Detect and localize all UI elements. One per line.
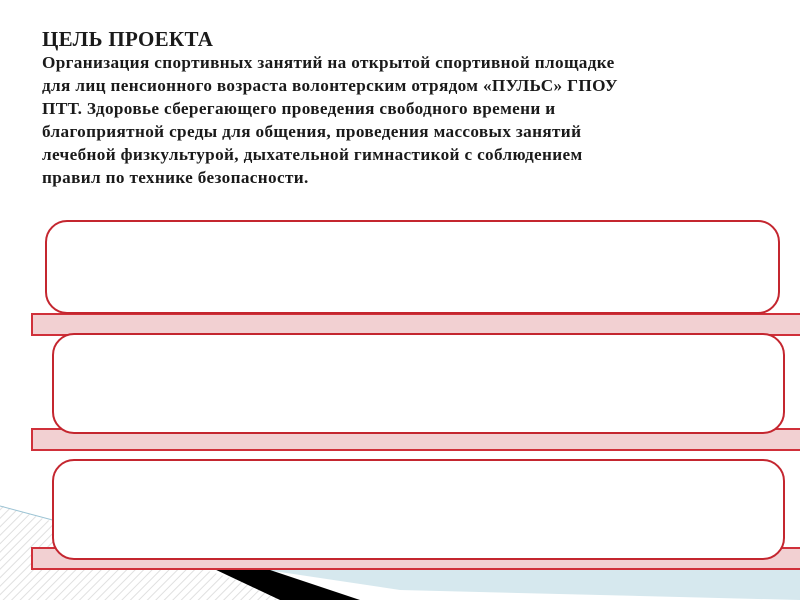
- project-goal-block: ЦЕЛЬ ПРОЕКТА Организация спортивных заня…: [42, 27, 782, 189]
- list-box-3: [52, 459, 785, 560]
- goal-line: для лиц пенсионного возраста волонтерски…: [42, 74, 782, 97]
- goal-line: благоприятной среды для общения, проведе…: [42, 120, 782, 143]
- list-box-2: [52, 333, 785, 434]
- goal-line: Организация спортивных занятий на открыт…: [42, 51, 782, 74]
- goal-line: лечебной физкультурой, дыхательной гимна…: [42, 143, 782, 166]
- goal-line: правил по технике безопасности.: [42, 166, 782, 189]
- goal-line: ПТТ. Здоровье сберегающего проведения св…: [42, 97, 782, 120]
- list-box-1: [45, 220, 780, 314]
- slide-title: ЦЕЛЬ ПРОЕКТА: [42, 27, 782, 51]
- goal-description: Организация спортивных занятий на открыт…: [42, 51, 782, 189]
